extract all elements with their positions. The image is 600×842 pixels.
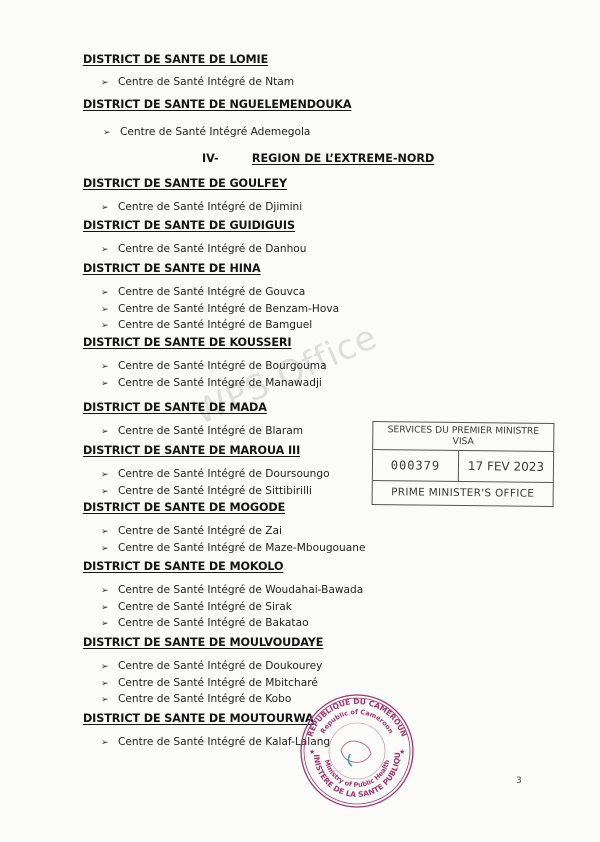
- list-item: ➢Centre de Santé Intégré de Doukourey: [101, 660, 322, 672]
- arrow-bullet-icon: ➢: [103, 128, 120, 138]
- arrow-bullet-icon: ➢: [101, 738, 118, 748]
- svg-text:★: ★: [309, 748, 315, 756]
- list-item: ➢Centre de Santé Intégré de Gouvca: [101, 286, 305, 298]
- arrow-bullet-icon: ➢: [101, 619, 118, 629]
- centre-name: Centre de Santé Intégré de Sittibirilli: [118, 485, 312, 497]
- district-heading: DISTRICT DE SANTE DE MAROUA III: [83, 444, 300, 457]
- arrow-bullet-icon: ➢: [101, 379, 118, 389]
- region-heading: IV- REGION DE L’EXTREME-NORD: [202, 152, 434, 165]
- centre-name: Centre de Santé Intégré de Benzam-Hova: [118, 303, 339, 315]
- visa-date: 17 FEV 2023: [459, 451, 553, 482]
- district-heading: DISTRICT DE SANTE DE NGUELEMENDOUKA: [83, 98, 351, 111]
- page-number: 3: [516, 776, 522, 786]
- list-item: ➢Centre de Santé Intégré de Bakatao: [101, 617, 309, 629]
- district-heading: DISTRICT DE SANTE DE MOULVOUDAYE: [83, 636, 323, 649]
- arrow-bullet-icon: ➢: [101, 695, 118, 705]
- centre-name: Centre de Santé Intégré de Blaram: [118, 425, 303, 437]
- list-item: ➢Centre de Santé Intégré de Sittibirilli: [101, 485, 312, 497]
- centre-name: Centre de Santé Intégré de Woudahai-Bawa…: [118, 584, 363, 596]
- district-heading: DISTRICT DE SANTE DE MOUTOURWA: [83, 712, 314, 725]
- arrow-bullet-icon: ➢: [101, 603, 118, 613]
- arrow-bullet-icon: ➢: [101, 586, 118, 596]
- region-number: IV-: [202, 152, 248, 165]
- centre-name: Centre de Santé Intégré de Danhou: [118, 243, 307, 255]
- centre-name: Centre de Santé Intégré de Bourgouma: [118, 360, 327, 372]
- arrow-bullet-icon: ➢: [101, 679, 118, 689]
- visa-header-line1: SERVICES DU PREMIER MINISTRE: [373, 424, 553, 437]
- document-page: WPS Office DISTRICT DE SANTE DE LOMIE➢Ce…: [0, 0, 600, 842]
- region-title: REGION DE L’EXTREME-NORD: [252, 152, 434, 165]
- arrow-bullet-icon: ➢: [101, 487, 118, 497]
- list-item: ➢Centre de Santé Intégré de Zai: [101, 525, 282, 537]
- list-item: ➢Centre de Santé Intégré de Manawadji: [101, 377, 322, 389]
- arrow-bullet-icon: ➢: [101, 78, 118, 88]
- arrow-bullet-icon: ➢: [101, 321, 118, 331]
- centre-name: Centre de Santé Intégré de Zai: [118, 525, 282, 537]
- list-item: ➢Centre de Santé Intégré de Woudahai-Baw…: [101, 584, 363, 596]
- centre-name: Centre de Santé Intégré de Ntam: [118, 76, 294, 88]
- list-item: ➢Centre de Santé Intégré de Mbitcharé: [101, 677, 318, 689]
- centre-name: Centre de Santé Intégré de Manawadji: [118, 377, 322, 389]
- arrow-bullet-icon: ➢: [101, 203, 118, 213]
- list-item: ➢Centre de Santé Intégré de Danhou: [101, 243, 307, 255]
- list-item: ➢Centre de Santé Intégré de Sirak: [101, 601, 292, 613]
- list-item: ➢Centre de Santé Intégré de Blaram: [101, 425, 303, 437]
- arrow-bullet-icon: ➢: [101, 245, 118, 255]
- visa-number-row: 000379 17 FEV 2023: [373, 450, 553, 483]
- svg-text:★: ★: [399, 748, 405, 756]
- centre-name: Centre de Santé Intégré de Doursoungo: [118, 468, 330, 480]
- list-item: ➢Centre de Santé Intégré de Maze-Mbougou…: [101, 542, 365, 554]
- centre-name: Centre de Santé Intégré de Mbitcharé: [118, 677, 318, 689]
- list-item: ➢Centre de Santé Intégré de Bamguel: [101, 319, 312, 331]
- watermark: WPS Office: [188, 317, 384, 433]
- visa-number: 000379: [373, 450, 459, 481]
- district-heading: DISTRICT DE SANTE DE GOULFEY: [83, 177, 287, 190]
- arrow-bullet-icon: ➢: [101, 288, 118, 298]
- list-item: ➢Centre de Santé Intégré de Benzam-Hova: [101, 303, 339, 315]
- ministry-seal-icon: REPUBLIQUE DU CAMEROUN Republic of Camer…: [298, 692, 416, 810]
- visa-header: SERVICES DU PREMIER MINISTRE VISA: [373, 422, 553, 452]
- centre-name: Centre de Santé Intégré de Djimini: [118, 201, 302, 213]
- arrow-bullet-icon: ➢: [101, 305, 118, 315]
- district-heading: DISTRICT DE SANTE DE MOGODE: [83, 501, 285, 514]
- list-item: ➢Centre de Santé Intégré Ademegola: [103, 126, 310, 138]
- district-heading: DISTRICT DE SANTE DE MOKOLO: [83, 560, 283, 573]
- list-item: ➢Centre de Santé Intégré de Ntam: [101, 76, 294, 88]
- list-item: ➢Centre de Santé Intégré de Bourgouma: [101, 360, 327, 372]
- centre-name: Centre de Santé Intégré de Sirak: [118, 601, 292, 613]
- centre-name: Centre de Santé Intégré de Bakatao: [118, 617, 309, 629]
- arrow-bullet-icon: ➢: [101, 544, 118, 554]
- centre-name: Centre de Santé Intégré de Bamguel: [118, 319, 312, 331]
- visa-header-line2: VISA: [373, 435, 553, 448]
- district-heading: DISTRICT DE SANTE DE KOUSSERI: [83, 336, 291, 349]
- centre-name: Centre de Santé Intégré de Maze-Mbougoua…: [118, 542, 365, 554]
- visa-stamp: SERVICES DU PREMIER MINISTRE VISA 000379…: [372, 421, 555, 507]
- list-item: ➢Centre de Santé Intégré de Kalaf-Lalang: [101, 736, 330, 748]
- visa-footer: PRIME MINISTER'S OFFICE: [373, 481, 553, 505]
- centre-name: Centre de Santé Intégré Ademegola: [120, 126, 310, 138]
- arrow-bullet-icon: ➢: [101, 662, 118, 672]
- centre-name: Centre de Santé Intégré de Gouvca: [118, 286, 305, 298]
- district-heading: DISTRICT DE SANTE DE LOMIE: [83, 53, 268, 66]
- list-item: ➢Centre de Santé Intégré de Doursoungo: [101, 468, 330, 480]
- list-item: ➢Centre de Santé Intégré de Djimini: [101, 201, 302, 213]
- district-heading: DISTRICT DE SANTE DE MADA: [83, 401, 267, 414]
- arrow-bullet-icon: ➢: [101, 470, 118, 480]
- centre-name: Centre de Santé Intégré de Kobo: [118, 693, 291, 705]
- centre-name: Centre de Santé Intégré de Doukourey: [118, 660, 322, 672]
- list-item: ➢Centre de Santé Intégré de Kobo: [101, 693, 291, 705]
- arrow-bullet-icon: ➢: [101, 527, 118, 537]
- district-heading: DISTRICT DE SANTE DE GUIDIGUIS: [83, 219, 295, 232]
- district-heading: DISTRICT DE SANTE DE HINA: [83, 262, 261, 275]
- arrow-bullet-icon: ➢: [101, 427, 118, 437]
- arrow-bullet-icon: ➢: [101, 362, 118, 372]
